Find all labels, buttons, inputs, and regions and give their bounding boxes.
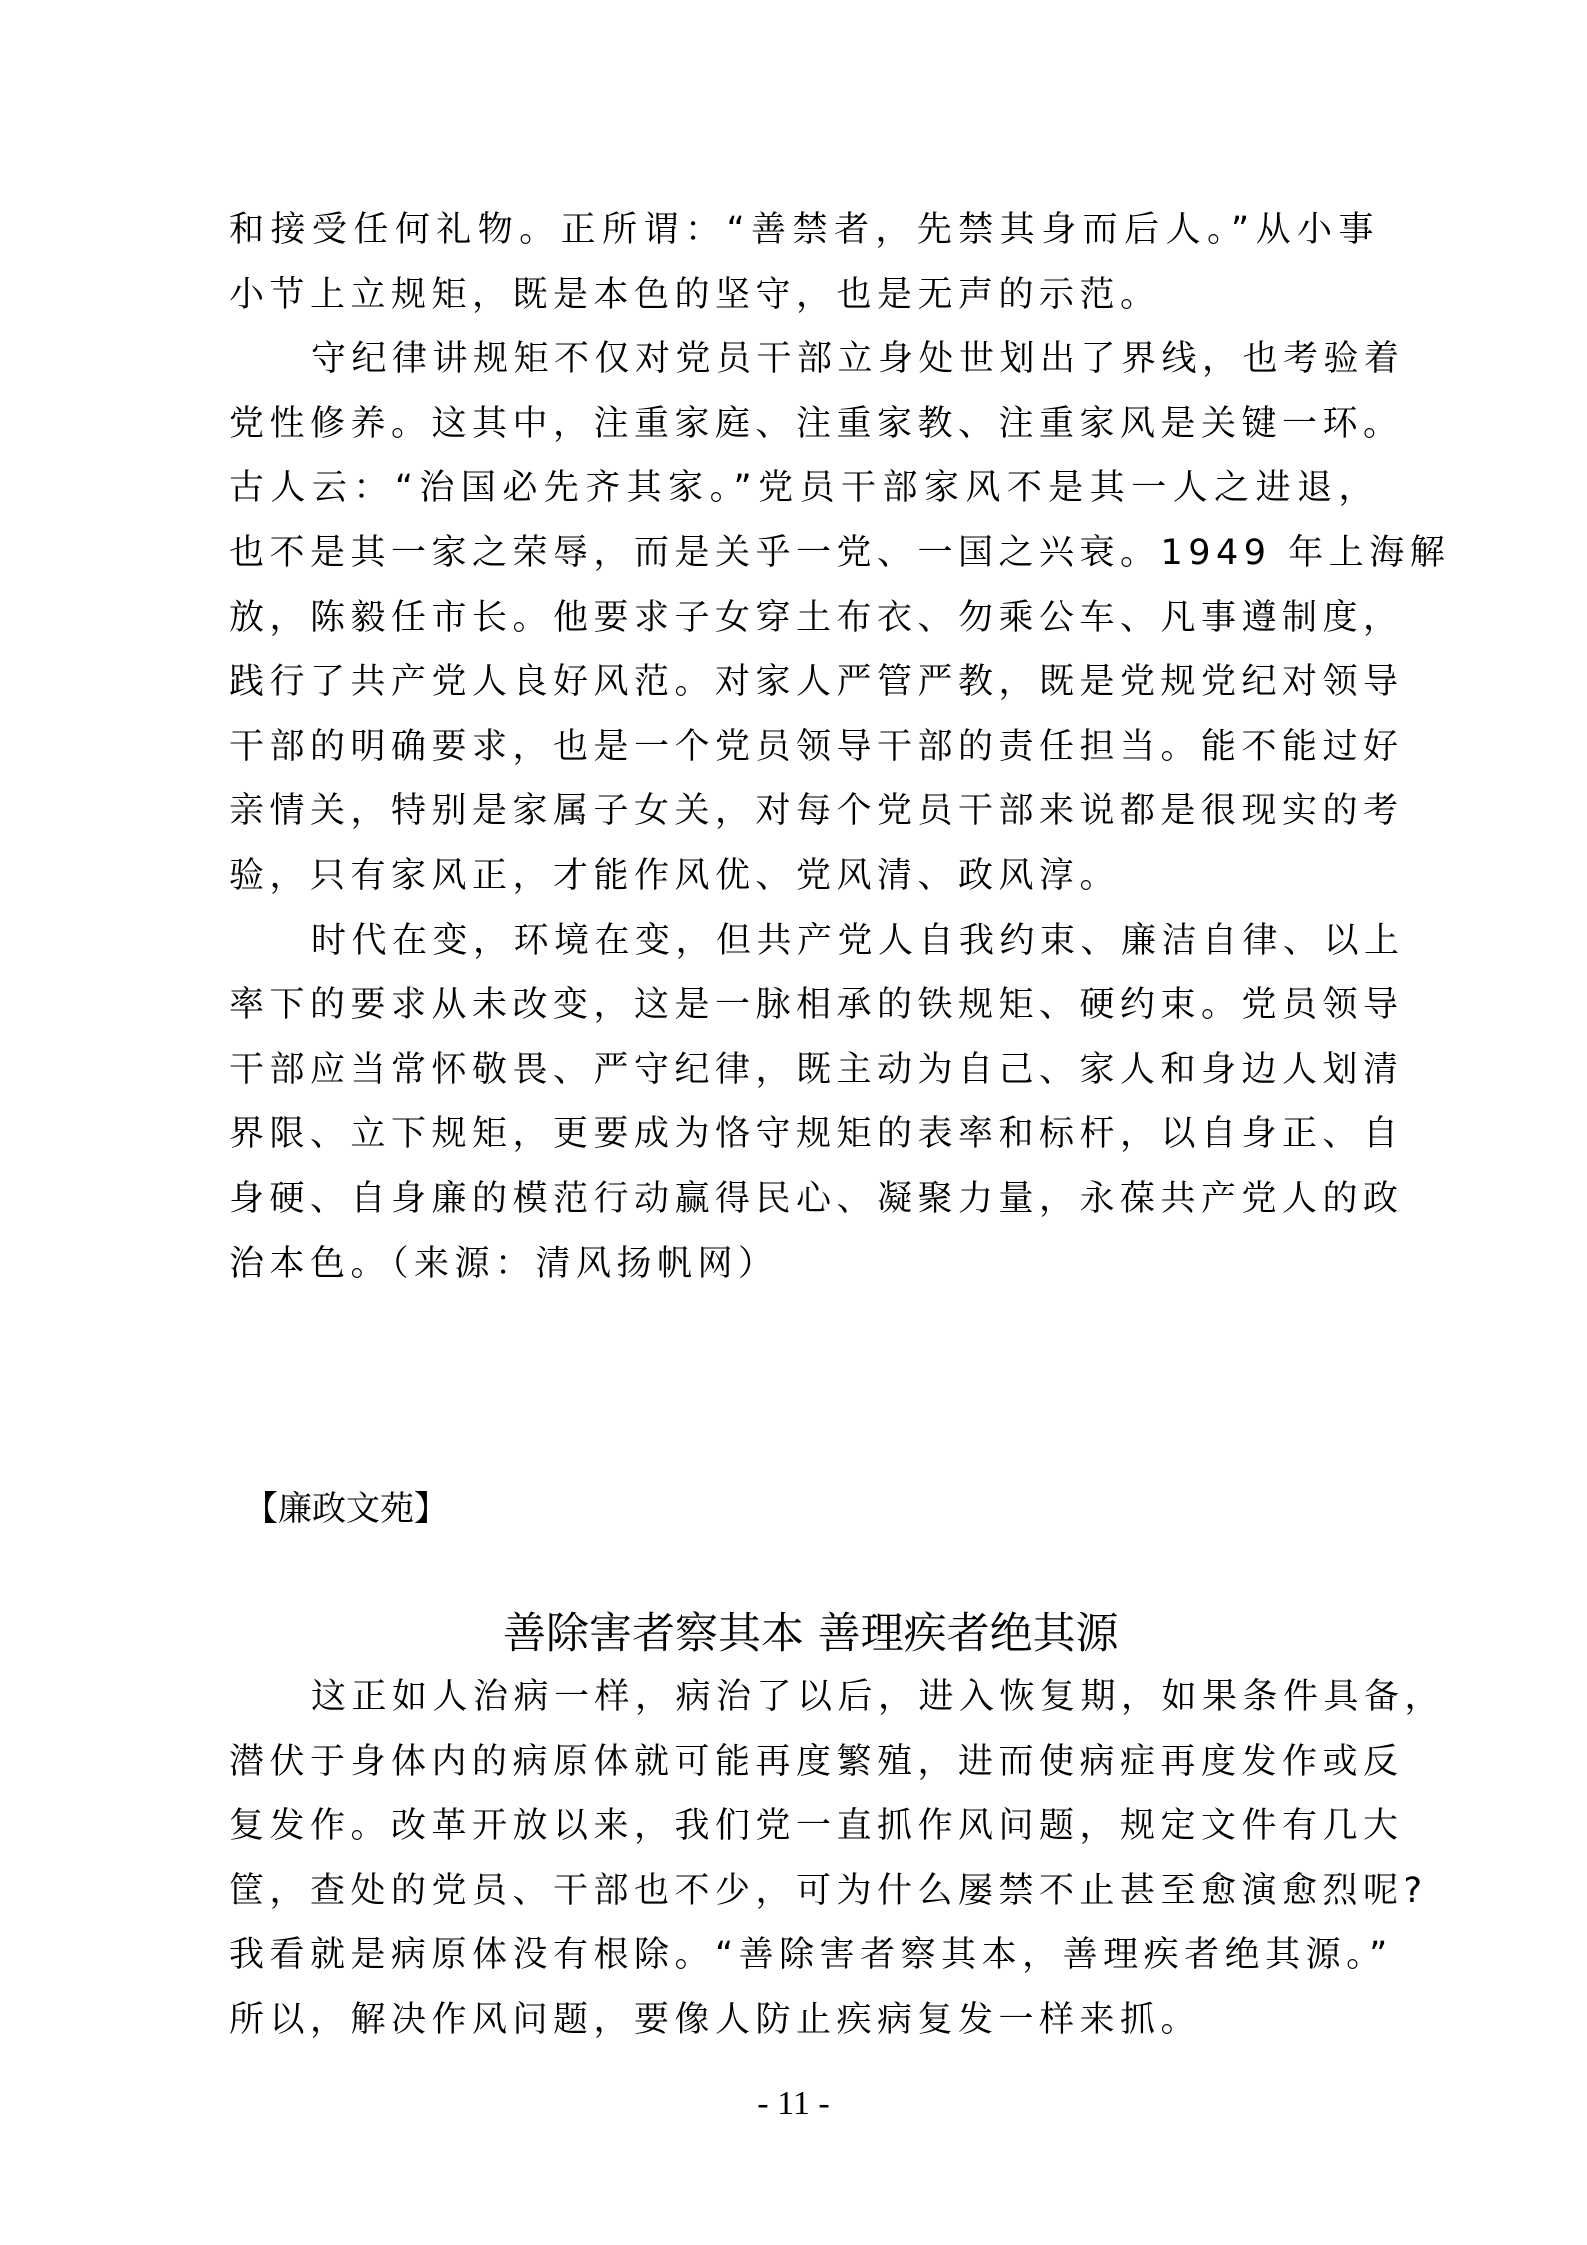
paragraph-line: 筐，查处的党员、干部也不少，可为什么屡禁不止甚至愈演愈烈呢? (229, 1859, 1379, 1924)
paragraph-line: 小节上立规矩，既是本色的坚守，也是无声的示范。 (229, 263, 1379, 328)
paragraph-line: 践行了共产党人良好风范。对家人严管严教，既是党规党纪对领导 (229, 650, 1379, 715)
paragraph-line: 率下的要求从未改变，这是一脉相承的铁规矩、硬约束。党员领导 (229, 973, 1379, 1038)
source-attribution-line: 治本色。（来源：清风扬帆网） (229, 1232, 1379, 1297)
article-body: 这正如人治病一样，病治了以后，进入恢复期，如果条件具备， 潜伏于身体内的病原体就… (229, 1665, 1379, 2053)
paragraph-line: 党性修养。这其中，注重家庭、注重家教、注重家风是关键一环。 (229, 392, 1379, 457)
article-title: 善除害者察其本 善理疾者绝其源 (503, 1604, 1203, 1664)
paragraph-line: 复发作。改革开放以来，我们党一直抓作风问题，规定文件有几大 (229, 1794, 1379, 1859)
paragraph-line: 我看就是病原体没有根除。“善除害者察其本，善理疾者绝其源。” (229, 1923, 1379, 1988)
section-heading: 【廉政文苑】 (244, 1484, 448, 1534)
document-page: 和接受任何礼物。正所谓：“善禁者，先禁其身而后人。”从小事 小节上立规矩，既是本… (0, 0, 1587, 2245)
paragraph-line: 所以，解决作风问题，要像人防止疾病复发一样来抓。 (229, 1988, 1379, 2053)
paragraph-line: 守纪律讲规矩不仅对党员干部立身处世划出了界线，也考验着 (229, 327, 1379, 392)
paragraph-line: 这正如人治病一样，病治了以后，进入恢复期，如果条件具备， (229, 1665, 1379, 1730)
paragraph-line: 和接受任何礼物。正所谓：“善禁者，先禁其身而后人。”从小事 (229, 198, 1379, 263)
paragraph-line: 也不是其一家之荣辱，而是关乎一党、一国之兴衰。1949 年上海解 (229, 521, 1379, 586)
paragraph-line: 放，陈毅任市长。他要求子女穿土布衣、勿乘公车、凡事遵制度， (229, 586, 1379, 651)
article-body-continued: 和接受任何礼物。正所谓：“善禁者，先禁其身而后人。”从小事 小节上立规矩，既是本… (229, 198, 1379, 1296)
paragraph-line: 干部的明确要求，也是一个党员领导干部的责任担当。能不能过好 (229, 715, 1379, 780)
paragraph-line: 界限、立下规矩，更要成为恪守规矩的表率和标杆，以自身正、自 (229, 1102, 1379, 1167)
paragraph-line: 身硬、自身廉的模范行动赢得民心、凝聚力量，永葆共产党人的政 (229, 1167, 1379, 1232)
paragraph-line: 亲情关，特别是家属子女关，对每个党员干部来说都是很现实的考 (229, 779, 1379, 844)
paragraph-line: 古人云：“治国必先齐其家。”党员干部家风不是其一人之进退， (229, 456, 1379, 521)
page-number: - 11 - (0, 2082, 1587, 2126)
paragraph-line: 干部应当常怀敬畏、严守纪律，既主动为自己、家人和身边人划清 (229, 1038, 1379, 1103)
paragraph-line: 时代在变，环境在变，但共产党人自我约束、廉洁自律、以上 (229, 909, 1379, 974)
paragraph-line: 验，只有家风正，才能作风优、党风清、政风淳。 (229, 844, 1379, 909)
paragraph-line: 潜伏于身体内的病原体就可能再度繁殖，进而使病症再度发作或反 (229, 1730, 1379, 1795)
